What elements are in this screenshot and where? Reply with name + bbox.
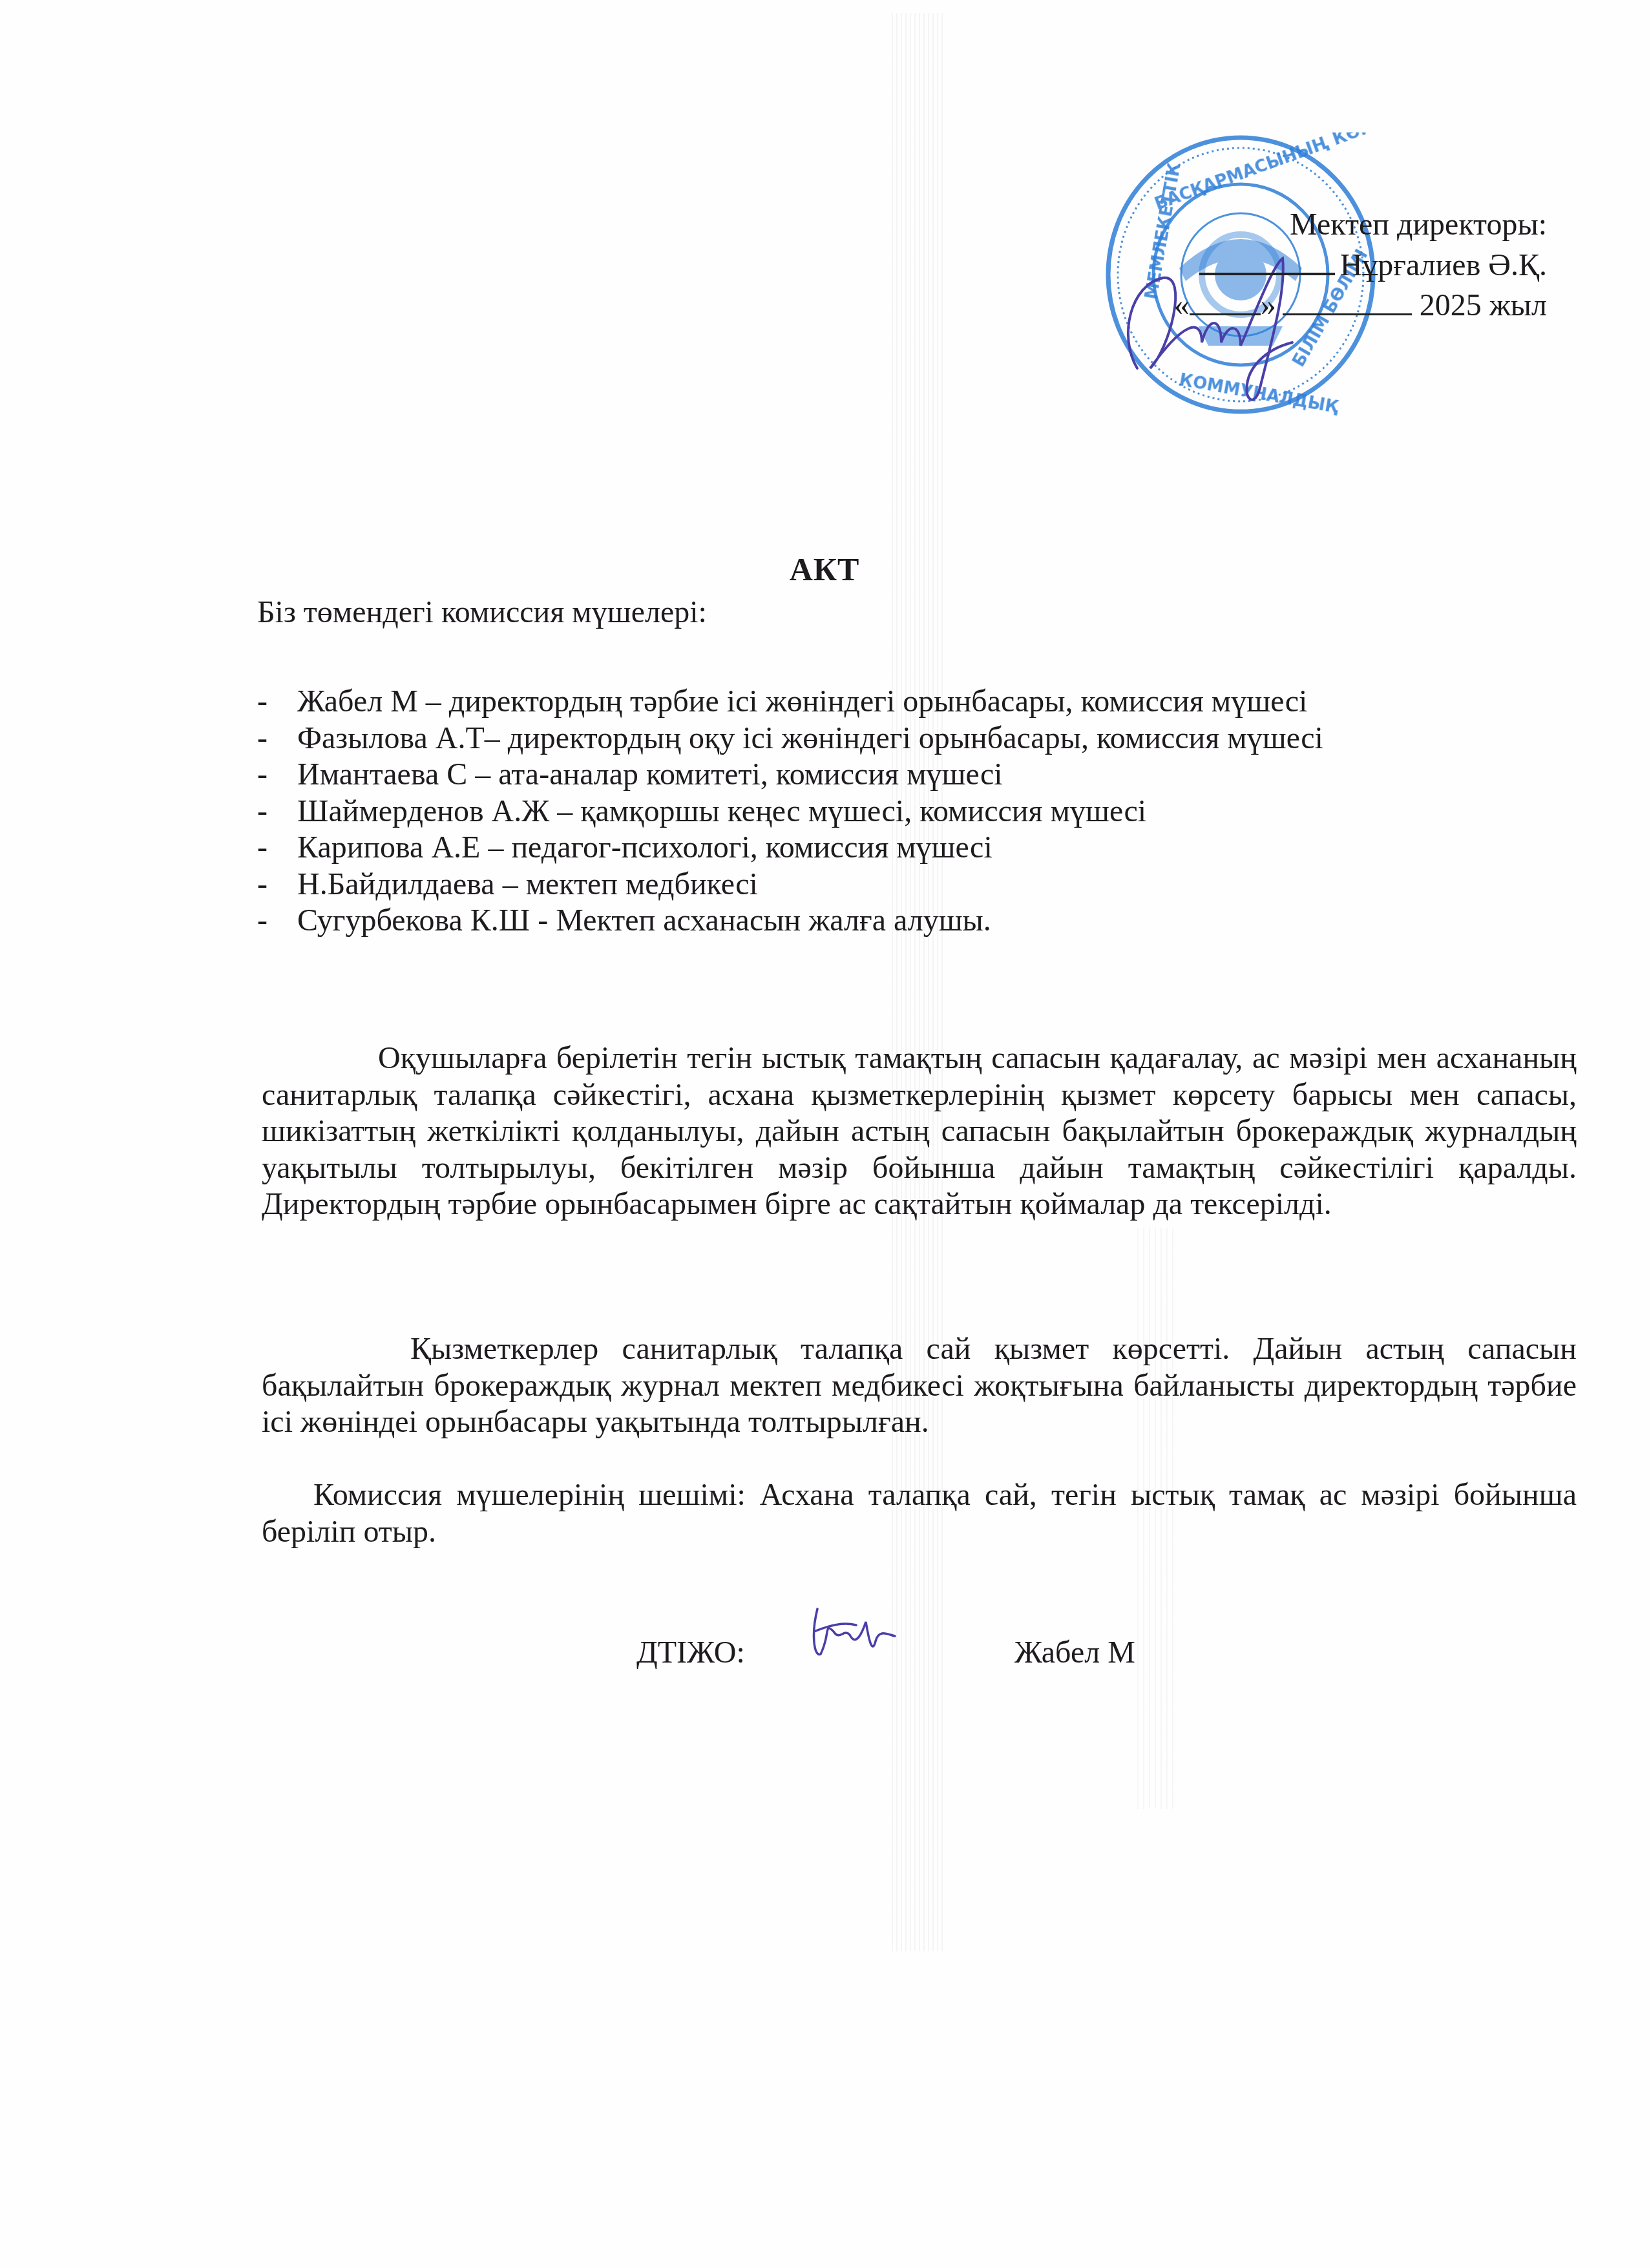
list-item: -Н.Байдилдаева – мектеп медбикесі [257,866,1323,903]
signoff-name: Жабел М [1014,1635,1135,1670]
findings-paragraph: Қызметкерлер санитарлық талапқа сай қызм… [262,1331,1577,1441]
approval-date: «» 2025 жыл [1174,285,1547,325]
list-item: -Фазылова А.Т– директордың оқу ісі жөнін… [257,720,1323,757]
inspection-paragraph: Оқушыларға берілетін тегін ыстық тамақты… [262,1040,1577,1223]
svg-text:БАСҚАРМАСЫНЫҢ КӨКСУ: БАСҚАРМАСЫНЫҢ КӨКСУ [1152,132,1380,215]
scanned-document-page: БАСҚАРМАСЫНЫҢ КӨКСУ МЕМЛЕКЕТТІК КОММУНАЛ… [0,0,1649,2268]
approval-block: Мектеп директоры: Нұрғалиев Ә.Қ. «» 2025… [1174,205,1547,325]
deputy-signature-icon [804,1596,901,1667]
svg-text:КОММУНАЛДЫҚ: КОММУНАЛДЫҚ [1178,370,1340,417]
signoff-label: ДТІЖО: [636,1635,745,1670]
intro-line: Біз төмендегі комиссия мүшелері: [257,594,707,630]
date-day-blank [1190,285,1261,315]
commission-members-list: -Жабел М – директордың тәрбие ісі жөнінд… [257,684,1323,940]
date-year: 2025 жыл [1420,288,1547,322]
director-name: Нұрғалиев Ә.Қ. [1340,248,1547,282]
list-item: -Сугурбекова К.Ш - Мектеп асханасын жалғ… [257,903,1323,940]
approval-position: Мектеп директоры: [1174,205,1547,244]
list-item: -Жабел М – директордың тәрбие ісі жөнінд… [257,684,1323,720]
signature-line [1199,244,1335,275]
list-item: -Шаймерденов А.Ж – қамқоршы кеңес мүшесі… [257,793,1323,830]
decision-paragraph: Комиссия мүшелерінің шешімі: Асхана тала… [262,1477,1577,1550]
date-month-blank [1283,285,1412,315]
list-item: -Карипова А.Е – педагог-психологі, комис… [257,830,1323,866]
list-item: -Имантаева С – ата-аналар комитеті, коми… [257,757,1323,793]
document-title: АКТ [0,551,1649,588]
